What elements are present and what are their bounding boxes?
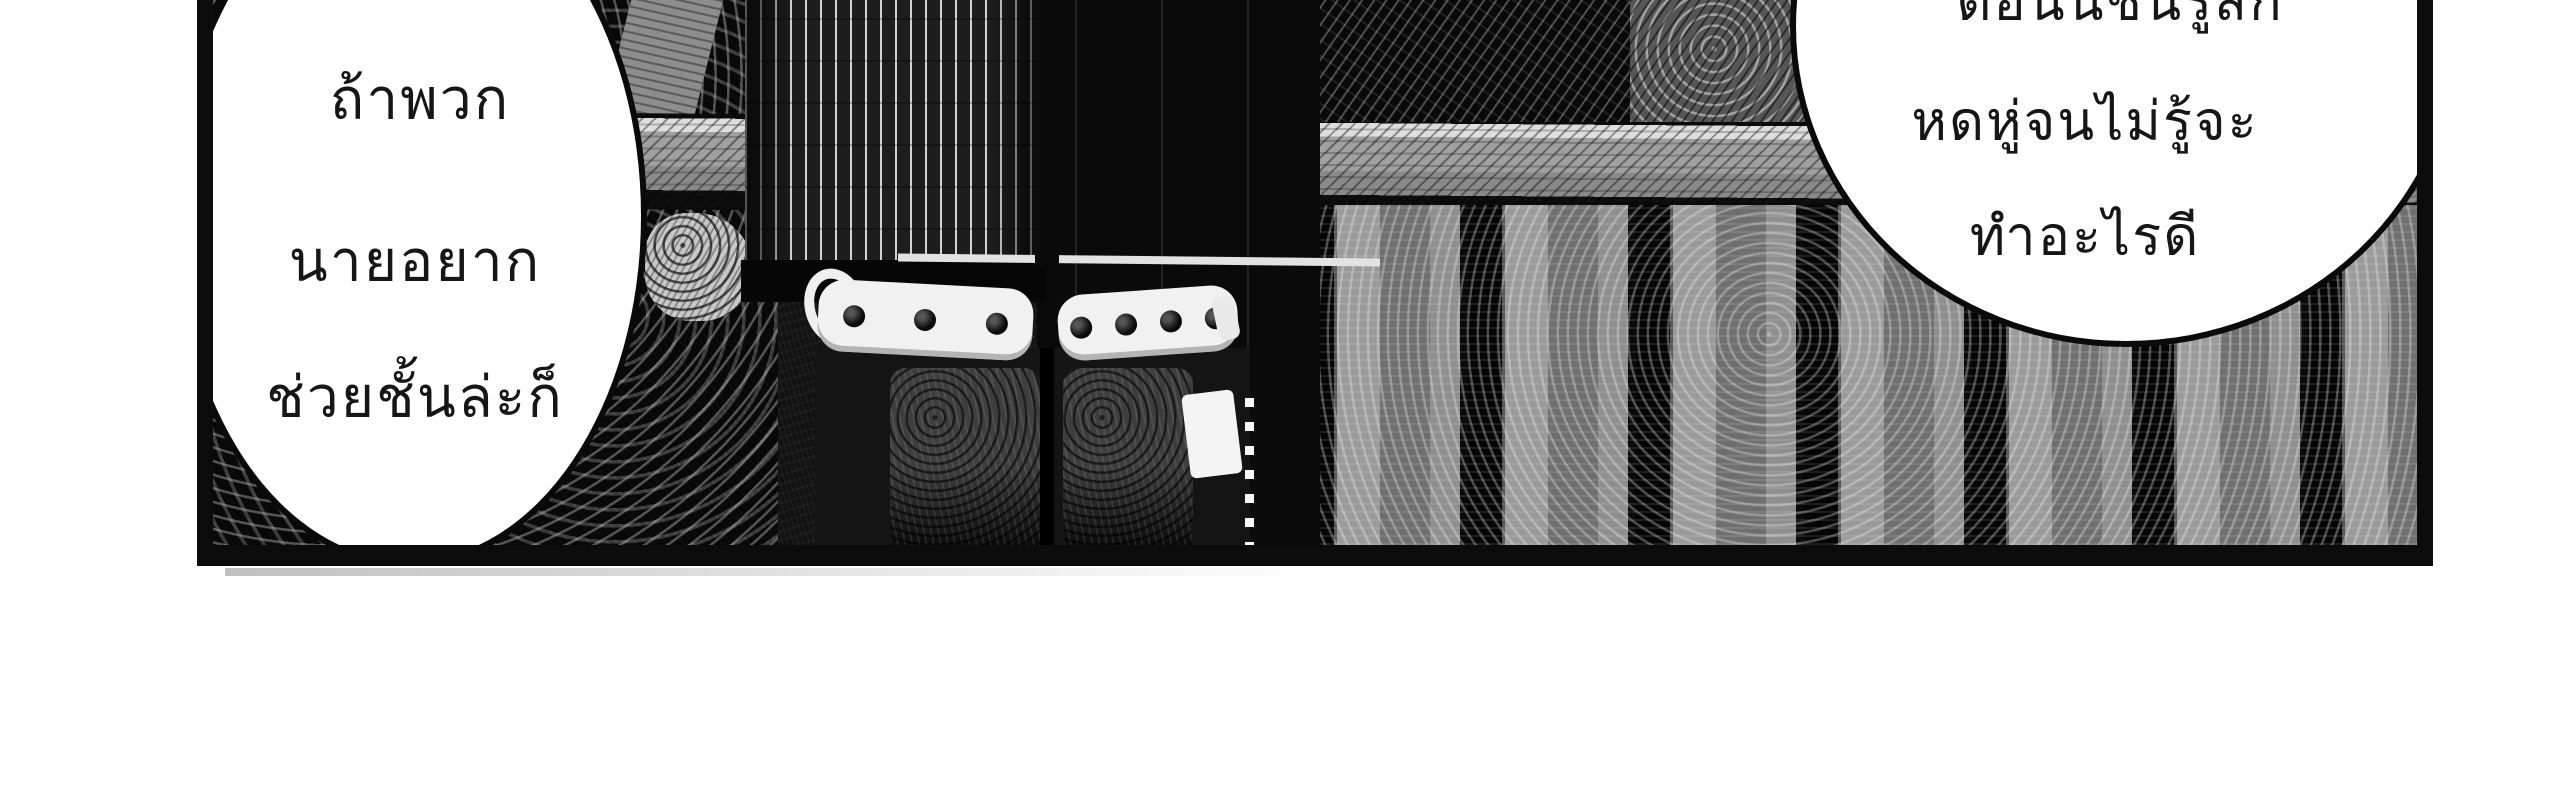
bubble-right-line-1: ตอนนี้ชั้นรู้สึก xyxy=(1956,0,2284,32)
wallet-chain xyxy=(1245,398,1254,545)
panel-border-left xyxy=(197,0,213,566)
bubble-right-line-2: หดหู่จนไม่รู้จะ xyxy=(1911,92,2258,151)
belt-stud xyxy=(914,308,937,331)
figure-pants xyxy=(815,348,1250,545)
belt-stud xyxy=(985,312,1008,335)
manga-page: ถ้าพวก นายอยาก ช่วยชั้นล่ะก็ ตอนนี้ชั้นร… xyxy=(0,0,2571,804)
panel-border-bottom xyxy=(197,545,2433,566)
manga-panel: ถ้าพวก นายอยาก ช่วยชั้นล่ะก็ ตอนนี้ชั้นร… xyxy=(213,0,2417,545)
studded-belt-left-segment xyxy=(816,278,1034,361)
pinstripe-shirt xyxy=(745,0,1040,272)
hatched-foliage xyxy=(1300,0,1630,122)
pants-right-thigh xyxy=(1063,368,1193,545)
studded-belt-right-segment xyxy=(1056,284,1240,362)
pants-center-crease xyxy=(1040,348,1054,545)
pocket-highlight xyxy=(1181,389,1243,479)
panel-border-right xyxy=(2417,0,2433,566)
bubble-left-line-2: นายอยาก xyxy=(289,231,542,294)
belt-stud xyxy=(842,305,865,328)
bubble-left-line-1: ถ้าพวก xyxy=(330,69,511,132)
pants-left-thigh xyxy=(890,368,1040,545)
belt-stud xyxy=(1069,316,1092,339)
print-smudge xyxy=(225,568,1325,576)
bubble-right-line-3: ทำอะไรดี xyxy=(1970,207,2201,266)
bush-highlight xyxy=(645,213,753,321)
bubble-left-line-3: ช่วยชั้นล่ะก็ xyxy=(266,367,564,430)
belt-stud xyxy=(1114,313,1137,336)
belt-buckle-gap xyxy=(1035,252,1059,268)
belt-stud xyxy=(1159,310,1182,333)
